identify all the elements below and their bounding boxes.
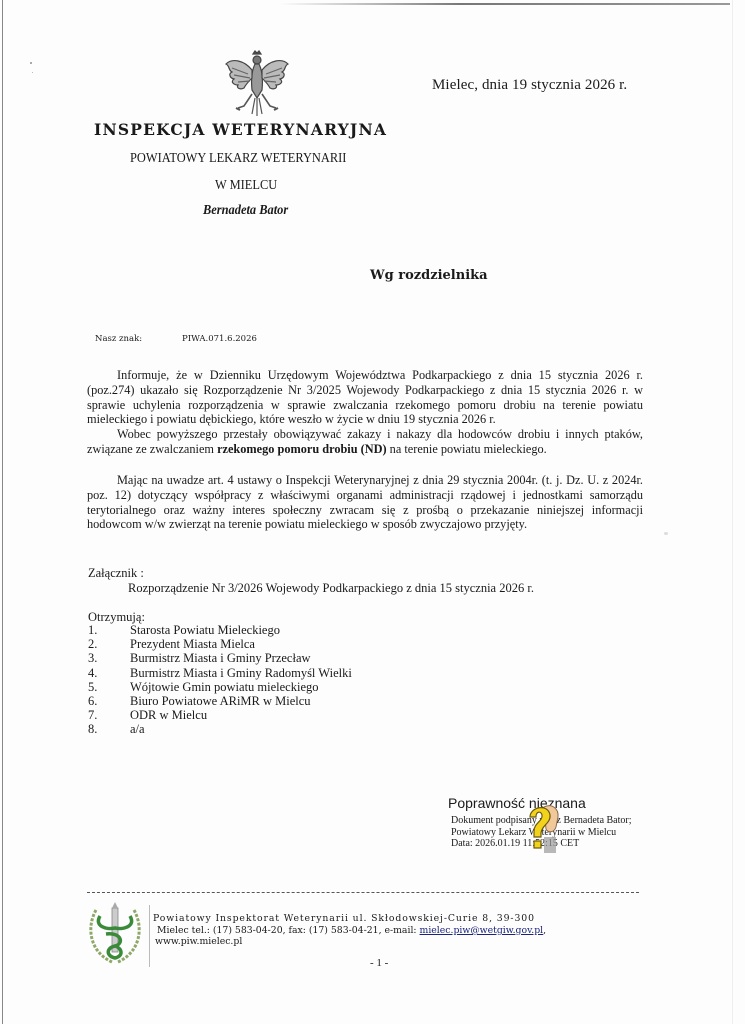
- scan-speck: [664, 532, 668, 535]
- list-item: 4.Burmistrz Miasta i Gminy Radomyśl Wiel…: [88, 666, 352, 680]
- list-item: 3.Burmistrz Miasta i Gminy Przecław: [88, 651, 352, 665]
- scan-speck: [32, 72, 33, 73]
- list-item: 8.a/a: [88, 722, 352, 736]
- institution-name: INSPEKCJA WETERYNARYJNA: [94, 120, 387, 139]
- disease-name: rzekomego pomoru drobiu (ND): [217, 442, 387, 456]
- list-item: 7.ODR w Mielcu: [88, 708, 352, 722]
- officer-name: Bernadeta Bator: [203, 202, 288, 218]
- paragraph-consequence: Wobec powyższego przestały obowiązywać z…: [87, 427, 643, 457]
- reference-label: Nasz znak:: [95, 334, 142, 344]
- paragraph-request: Mając na uwadze art. 4 ustawy o Inspekcj…: [87, 473, 643, 532]
- polish-eagle-emblem-icon: [222, 50, 292, 122]
- list-item: 1.Starosta Powiatu Mieleckiego: [88, 623, 352, 637]
- paragraph-announcement: Informuje, że w Dzienniku Urzędowym Woje…: [87, 368, 643, 427]
- recipient-line: Wg rozdzielnika: [370, 268, 488, 283]
- question-mark-icon: [526, 803, 560, 855]
- reference-number: PIWA.071.6.2026: [182, 334, 257, 344]
- website-link[interactable]: www.piw.mielec.pl: [155, 936, 242, 947]
- place-and-date: Mielec, dnia 19 stycznia 2026 r.: [432, 77, 627, 94]
- scan-edge: [732, 0, 733, 1024]
- distribution-list: 1.Starosta Powiatu Mieleckiego 2.Prezyde…: [88, 623, 352, 737]
- footer-address: Powiatowy Inspektorat Weterynarii ul. Sk…: [153, 913, 535, 924]
- page-number: - 1 -: [370, 957, 388, 969]
- list-item: 2.Prezydent Miasta Mielca: [88, 637, 352, 651]
- list-item: 6.Biuro Powiatowe ARiMR w Mielcu: [88, 694, 352, 708]
- signature-validity-status: Poprawność nieznana: [448, 795, 586, 811]
- attachment-label: Załącznik :: [88, 566, 144, 581]
- footer-divider: [87, 892, 639, 893]
- scan-edge: [2, 0, 3, 1024]
- list-item: 5.Wójtowie Gmin powiatu mieleckiego: [88, 680, 352, 694]
- scan-edge: [280, 3, 730, 5]
- footer-vertical-rule: [149, 905, 150, 967]
- scan-speck: [30, 62, 32, 64]
- veterinary-inspection-logo-icon: [86, 900, 144, 968]
- office-city: W MIELCU: [215, 177, 277, 193]
- office-name: POWIATOWY LEKARZ WETERYNARII: [130, 150, 346, 166]
- footer-contact: Mielec tel.: (17) 583-04-20, fax: (17) 5…: [157, 925, 546, 936]
- email-link[interactable]: mielec.piw@wetgiw.gov.pl: [420, 925, 544, 936]
- letter-body: Informuje, że w Dzienniku Urzędowym Woje…: [87, 368, 643, 457]
- attachment-item: Rozporządzenie Nr 3/2026 Wojewody Podkar…: [128, 581, 534, 596]
